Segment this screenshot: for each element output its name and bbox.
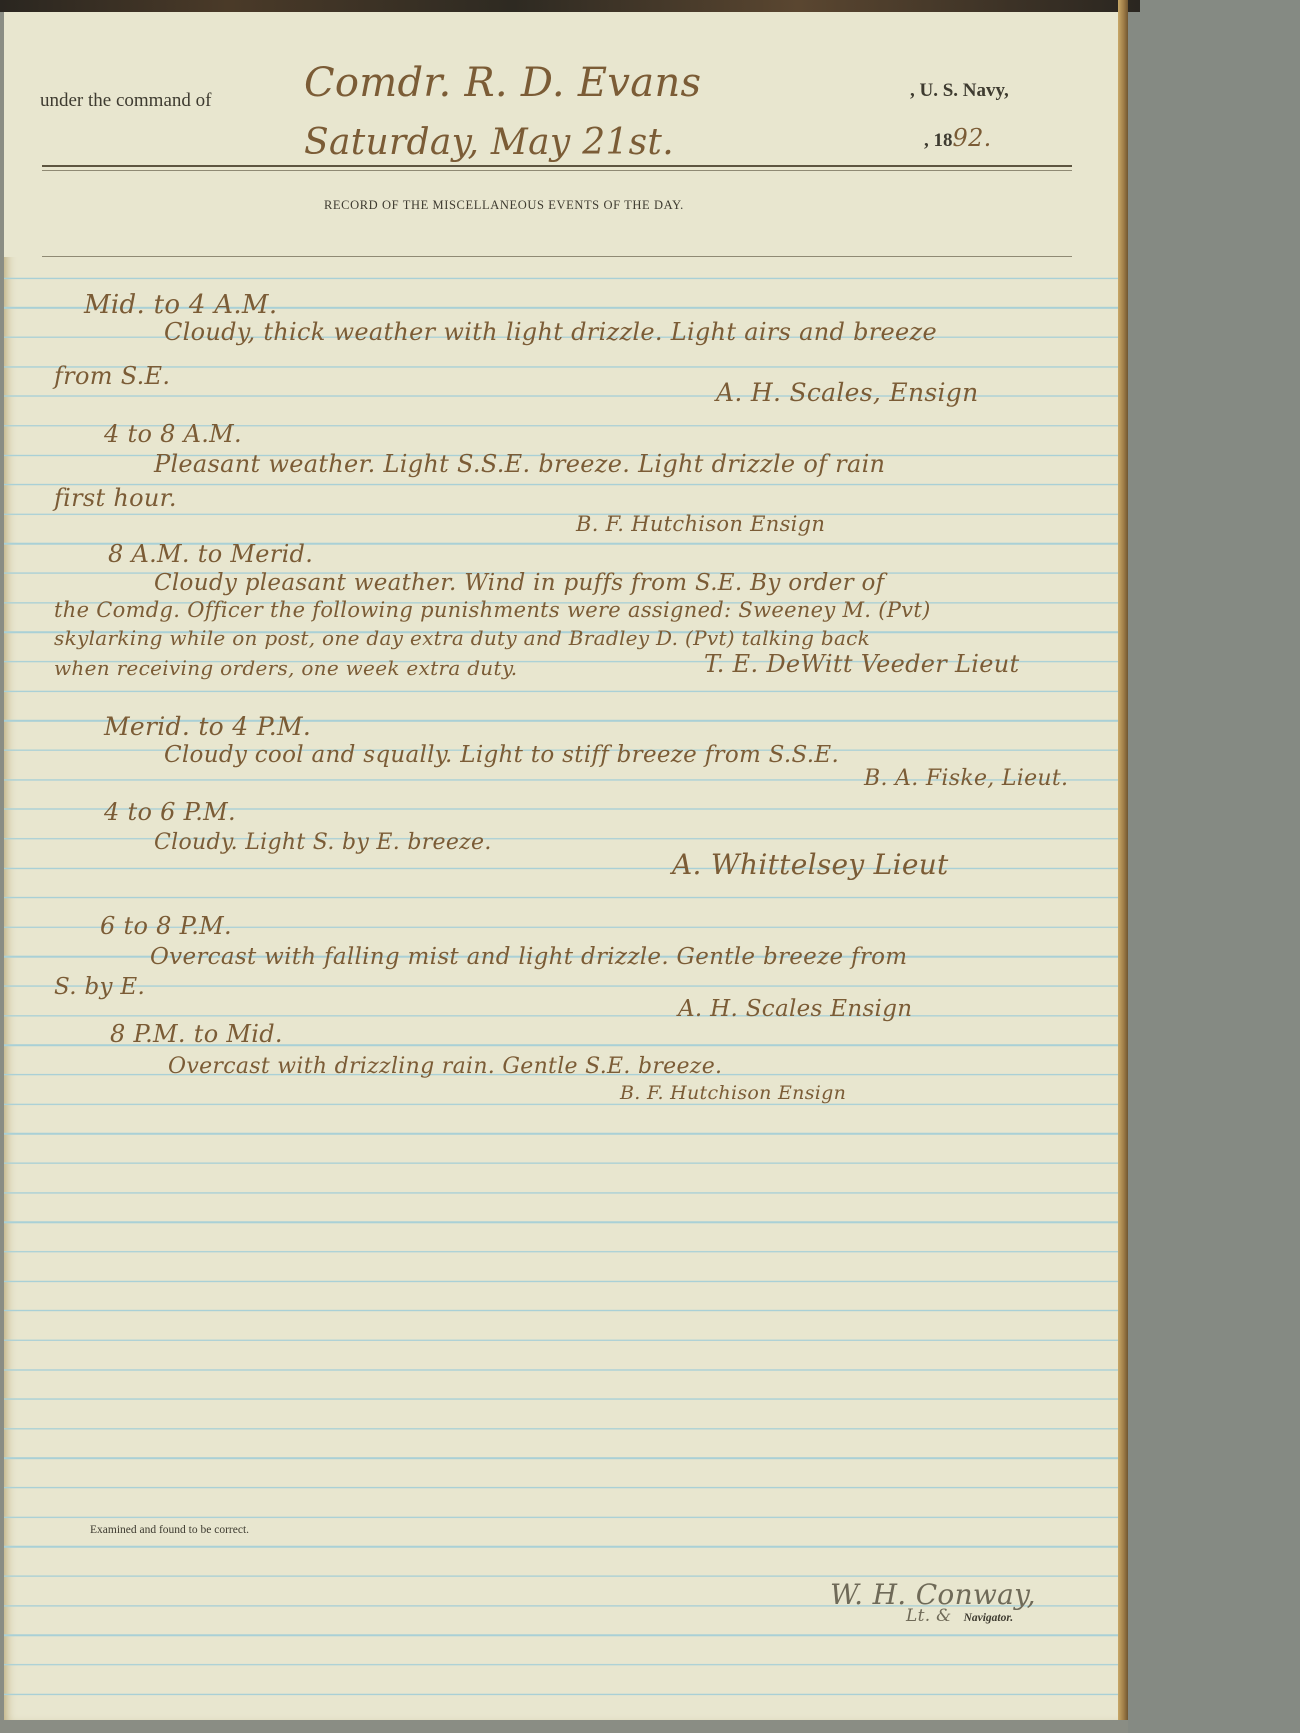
watch-period: 8 P.M. to Mid.	[110, 1020, 283, 1048]
watch-signature: A. Whittelsey Lieut	[672, 848, 949, 881]
watch-period: 8 A.M. to Merid.	[108, 540, 313, 568]
navigator-title: Navigator.	[964, 1612, 1014, 1624]
header-rule	[42, 165, 1072, 167]
command-label: under the command of	[40, 90, 211, 112]
watch-entry-line: from S.E.	[54, 362, 170, 390]
watch-period: 4 to 6 P.M.	[104, 798, 236, 826]
commander-name: Comdr. R. D. Evans	[304, 60, 701, 106]
watch-entry-line: Cloudy, thick weather with light drizzle…	[164, 318, 937, 346]
watch-signature: A. H. Scales, Ensign	[716, 378, 978, 407]
watch-period: 6 to 8 P.M.	[100, 912, 232, 940]
watch-period: Merid. to 4 P.M.	[104, 712, 311, 741]
scan-backdrop	[1128, 0, 1300, 1733]
watch-entry-line: skylarking while on post, one day extra …	[54, 626, 870, 650]
watch-signature: B. F. Hutchison Ensign	[576, 512, 825, 536]
watch-signature: B. A. Fiske, Lieut.	[864, 766, 1068, 791]
watch-signature: A. H. Scales Ensign	[678, 996, 912, 1022]
watch-entry-line: Cloudy cool and squally. Light to stiff …	[164, 742, 839, 768]
navigator-title-line: Lt. & Navigator.	[906, 1606, 1013, 1626]
year-prefix: , 18	[924, 130, 953, 151]
section-rule	[42, 256, 1072, 257]
ruled-lines	[4, 12, 1126, 1720]
book-binding	[0, 0, 1140, 12]
navigator-rank: Lt. &	[906, 1606, 952, 1626]
watch-entry-line: S. by E.	[54, 974, 145, 1000]
section-title: RECORD OF THE MISCELLANEOUS EVENTS OF TH…	[324, 198, 684, 213]
service-suffix: , U. S. Navy,	[910, 80, 1009, 102]
watch-period: Mid. to 4 A.M.	[84, 290, 277, 320]
watch-entry-line: Pleasant weather. Light S.S.E. breeze. L…	[154, 450, 885, 478]
watch-signature: B. F. Hutchison Ensign	[620, 1082, 846, 1104]
watch-entry-line: Cloudy. Light S. by E. breeze.	[154, 830, 492, 855]
year-handwritten: 92.	[953, 124, 992, 152]
page-edge	[1118, 0, 1128, 1720]
watch-entry-line: Cloudy pleasant weather. Wind in puffs f…	[154, 570, 884, 596]
watch-entry-line: Overcast with falling mist and light dri…	[150, 944, 907, 970]
header-rule-thin	[42, 170, 1072, 171]
log-date: Saturday, May 21st.	[304, 122, 674, 163]
watch-entry-line: when receiving orders, one week extra du…	[54, 656, 517, 680]
logbook-page: under the command of Comdr. R. D. Evans …	[4, 12, 1126, 1720]
watch-period: 4 to 8 A.M.	[104, 420, 242, 448]
watch-entry-line: first hour.	[54, 484, 177, 512]
watch-signature: T. E. DeWitt Veeder Lieut	[704, 650, 1019, 678]
year: , 1892.	[924, 124, 992, 152]
watch-entry-line: Overcast with drizzling rain. Gentle S.E…	[168, 1054, 722, 1079]
watch-entry-line: the Comdg. Officer the following punishm…	[54, 598, 931, 622]
examined-label: Examined and found to be correct.	[90, 1524, 249, 1536]
